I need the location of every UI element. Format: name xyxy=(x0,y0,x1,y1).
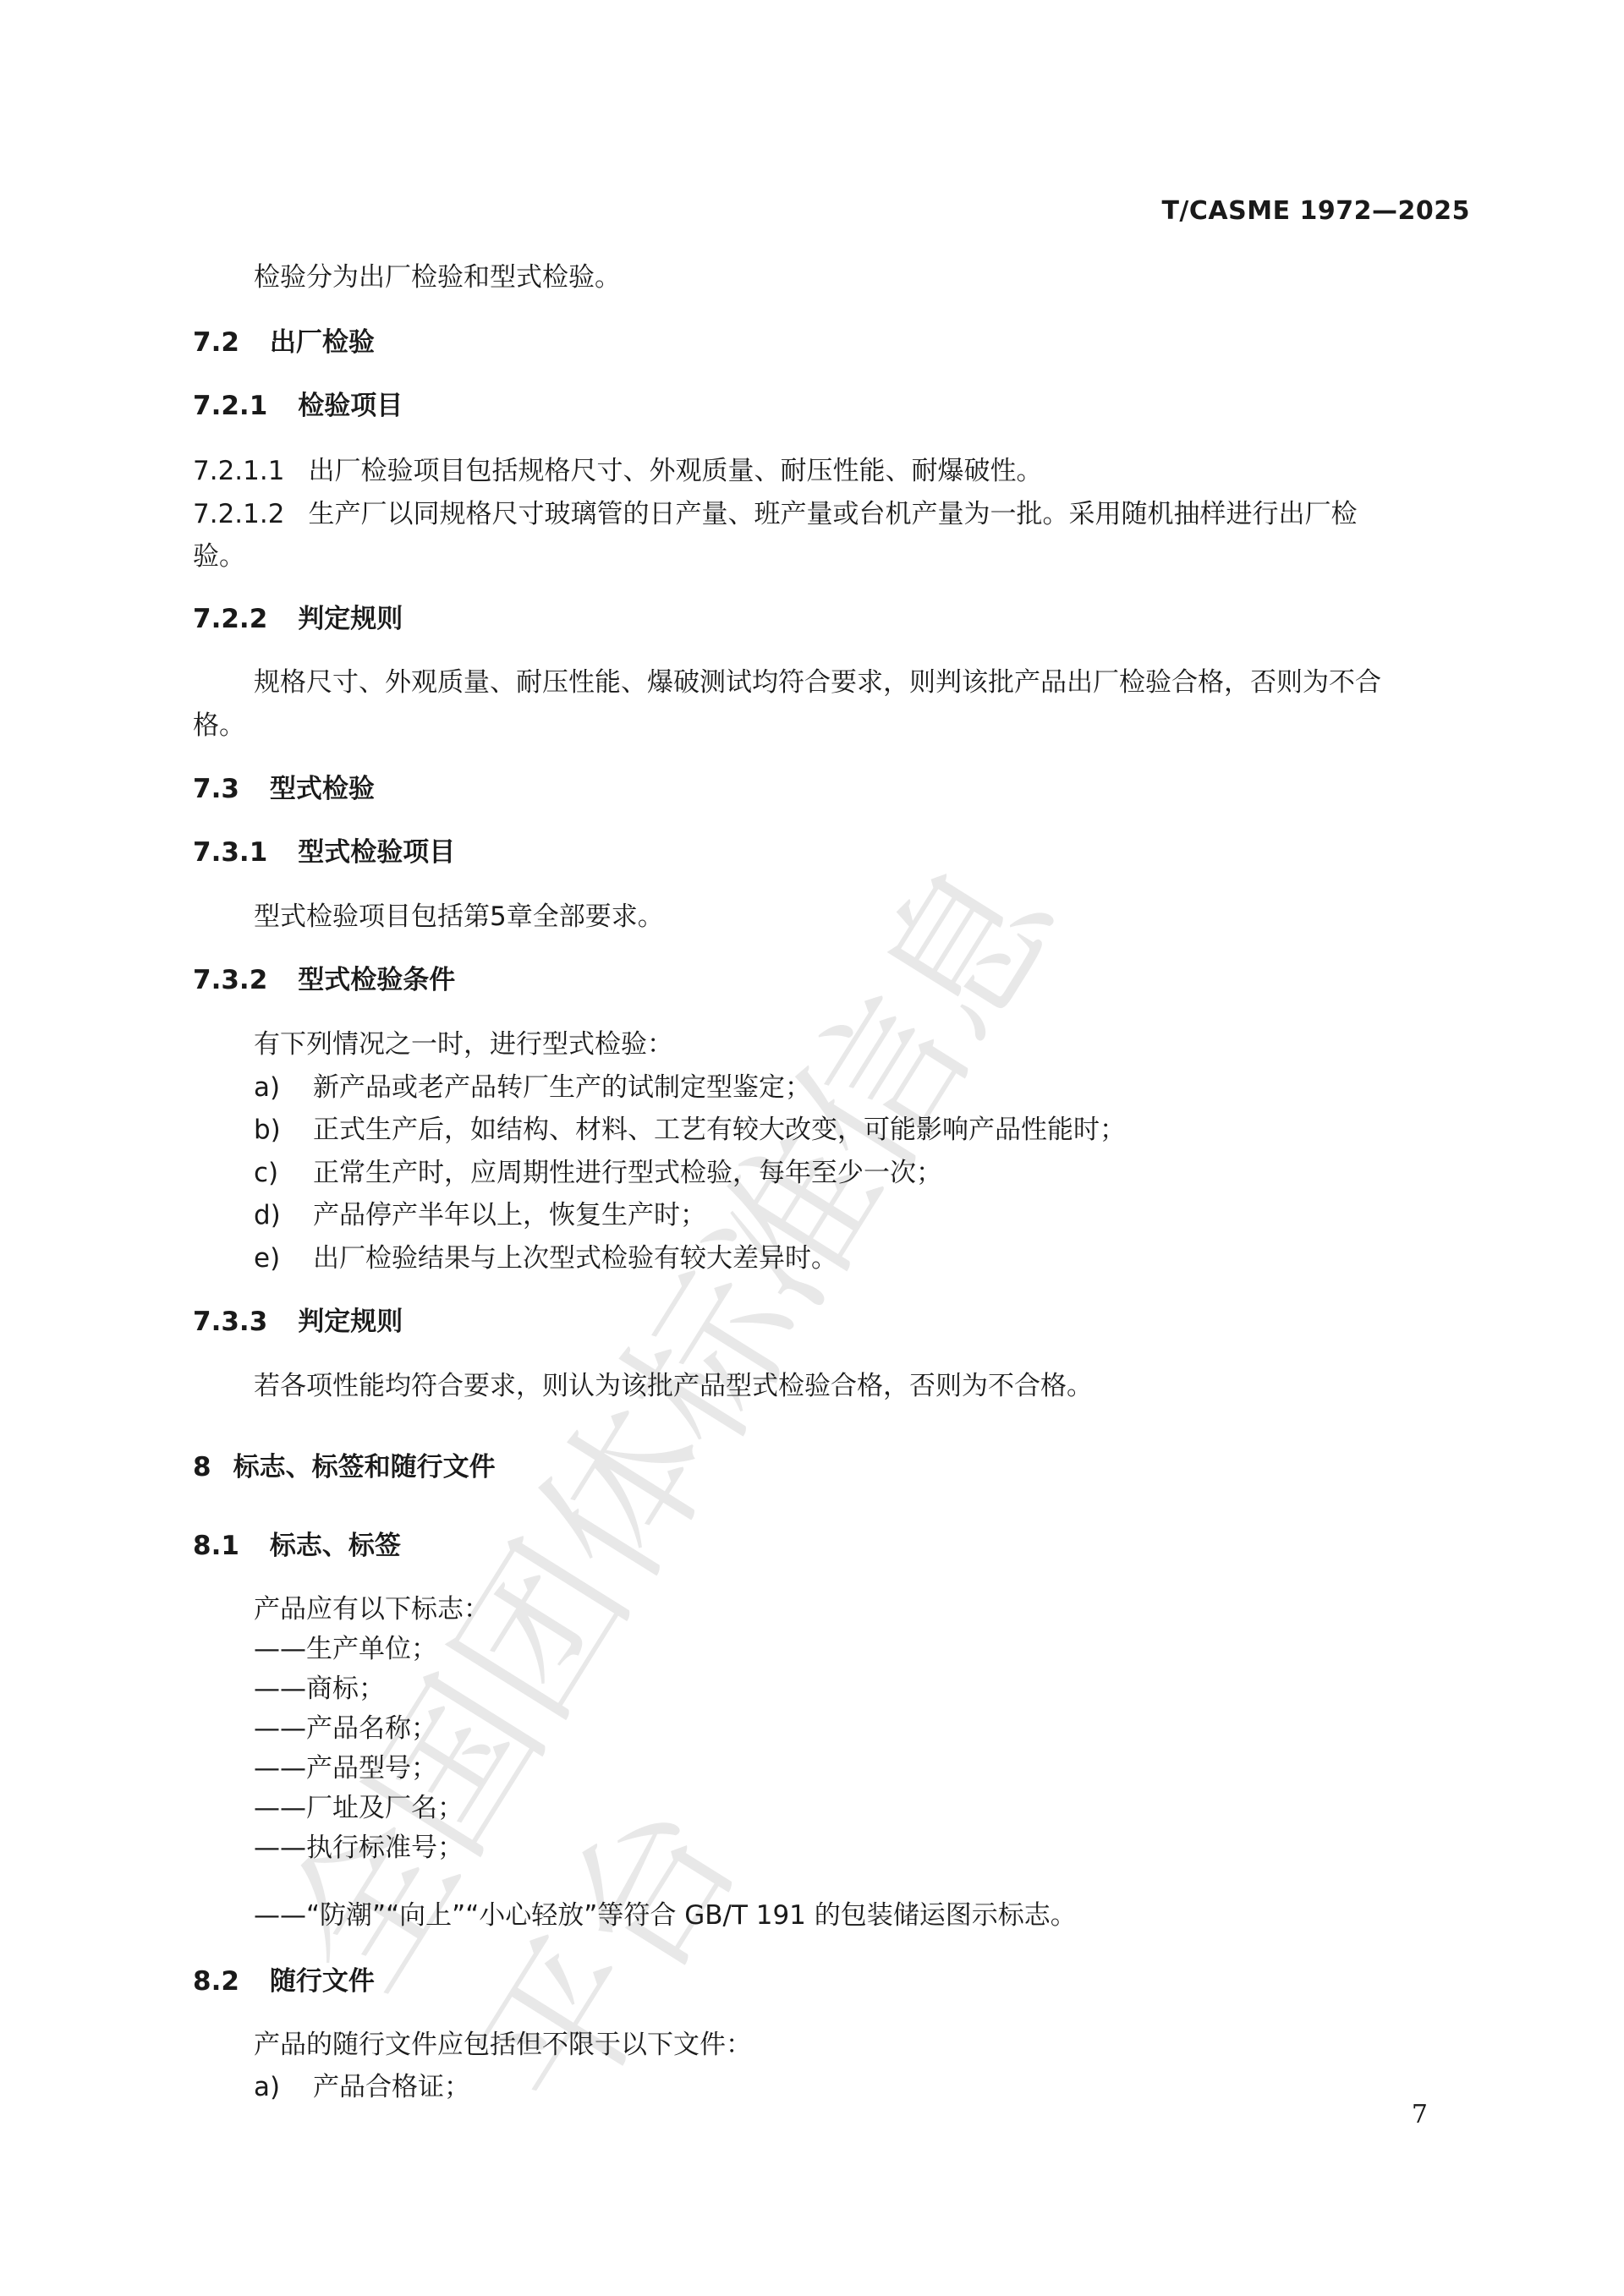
section-number: 7.3.3 xyxy=(193,1305,267,1339)
section-title: 检验项目 xyxy=(298,391,403,421)
list-text: 出厂检验结果与上次型式检验有较大差异时。 xyxy=(313,1243,837,1274)
paragraph-7-3-3: 若各项性能均符合要求，则认为该批产品型式检验合格，否则为不合格。 xyxy=(254,1369,1093,1403)
list-text: 正常生产时，应周期性进行型式检验，每年至少一次； xyxy=(313,1158,942,1188)
clause-number: 7.2.1.1 xyxy=(193,456,284,486)
list-marker: a) xyxy=(254,2070,313,2104)
section-number: 7.2.1 xyxy=(193,389,267,423)
mark-item: ——商标； xyxy=(254,1672,385,1706)
section-number: 7.3 xyxy=(193,772,239,806)
paragraph-7-3-1: 型式检验项目包括第5章全部要求。 xyxy=(254,900,664,934)
section-number: 8.1 xyxy=(193,1529,239,1563)
paragraph-7-3-2: 有下列情况之一时，进行型式检验： xyxy=(254,1027,673,1061)
heading-7-3: 7.3型式检验 xyxy=(193,772,375,806)
list-text: 新产品或老产品转厂生产的试制定型鉴定； xyxy=(313,1072,811,1103)
list-marker: a) xyxy=(254,1071,313,1104)
section-title: 出厂检验 xyxy=(270,327,375,358)
paragraph-8-2: 产品的随行文件应包括但不限于以下文件： xyxy=(254,2028,752,2062)
section-title: 判定规则 xyxy=(298,604,403,634)
section-number: 7.3.1 xyxy=(193,836,267,869)
section-title: 标志、标签 xyxy=(270,1531,401,1561)
clause-text: 出厂检验项目包括规格尺寸、外观质量、耐压性能、耐爆破性。 xyxy=(308,456,1042,486)
clause-7-2-1-2: 7.2.1.2生产厂以同规格尺寸玻璃管的日产量、班产量或台机产量为一批。采用随机… xyxy=(193,497,1357,531)
list-marker: d) xyxy=(254,1198,313,1232)
condition-item: a)新产品或老产品转厂生产的试制定型鉴定； xyxy=(254,1071,811,1104)
section-number: 8.2 xyxy=(193,1964,239,1998)
list-text: 产品停产半年以上，恢复生产时； xyxy=(313,1200,706,1230)
mark-item: ——产品名称； xyxy=(254,1712,437,1745)
section-number: 7.3.2 xyxy=(193,963,267,997)
heading-7-2-1: 7.2.1检验项目 xyxy=(193,389,403,423)
mark-item: ——“防潮”“向上”“小心轻放”等符合 GB/T 191 的包装储运图示标志。 xyxy=(254,1899,1077,1932)
clause-number: 7.2.1.2 xyxy=(193,499,284,529)
list-text: 产品合格证； xyxy=(313,2072,470,2102)
condition-item: d)产品停产半年以上，恢复生产时； xyxy=(254,1198,706,1232)
section-title: 型式检验项目 xyxy=(298,837,455,868)
heading-8-2: 8.2随行文件 xyxy=(193,1964,375,1998)
paragraph-7-2-2-line2: 格。 xyxy=(193,709,245,743)
heading-8: 8标志、标签和随行文件 xyxy=(193,1450,496,1484)
heading-7-2: 7.2出厂检验 xyxy=(193,326,375,359)
list-marker: e) xyxy=(254,1241,313,1275)
mark-item: ——生产单位； xyxy=(254,1632,437,1666)
heading-7-3-2: 7.3.2型式检验条件 xyxy=(193,963,455,997)
document-item: a)产品合格证； xyxy=(254,2070,470,2104)
condition-item: b)正式生产后，如结构、材料、工艺有较大改变，可能影响产品性能时； xyxy=(254,1113,1126,1147)
section-title: 随行文件 xyxy=(270,1966,375,1997)
standard-number: T/CASME 1972—2025 xyxy=(1161,196,1470,226)
section-title: 型式检验 xyxy=(270,774,375,804)
condition-item: c)正常生产时，应周期性进行型式检验，每年至少一次； xyxy=(254,1156,942,1190)
heading-8-1: 8.1标志、标签 xyxy=(193,1529,401,1563)
list-text: 正式生产后，如结构、材料、工艺有较大改变，可能影响产品性能时； xyxy=(313,1115,1126,1145)
clause-text: 生产厂以同规格尺寸玻璃管的日产量、班产量或台机产量为一批。采用随机抽样进行出厂检 xyxy=(308,499,1357,529)
chapter-number: 8 xyxy=(193,1450,211,1484)
condition-item: e)出厂检验结果与上次型式检验有较大差异时。 xyxy=(254,1241,837,1275)
document-page: 全国团体标准信息平台 T/CASME 1972—2025 检验分为出厂检验和型式… xyxy=(0,0,1624,2296)
chapter-title: 标志、标签和随行文件 xyxy=(233,1452,496,1482)
mark-item: ——产品型号； xyxy=(254,1751,437,1785)
heading-7-3-1: 7.3.1型式检验项目 xyxy=(193,836,455,869)
clause-7-2-1-2-continuation: 验。 xyxy=(193,540,245,573)
mark-item: ——厂址及厂名； xyxy=(254,1791,464,1825)
clause-7-2-1-1: 7.2.1.1出厂检验项目包括规格尺寸、外观质量、耐压性能、耐爆破性。 xyxy=(193,454,1042,488)
intro-paragraph: 检验分为出厂检验和型式检验。 xyxy=(254,260,621,294)
heading-7-2-2: 7.2.2判定规则 xyxy=(193,602,403,636)
section-number: 7.2.2 xyxy=(193,602,267,636)
page-number: 7 xyxy=(1412,2100,1428,2129)
list-marker: c) xyxy=(254,1156,313,1190)
section-title: 型式检验条件 xyxy=(298,965,455,995)
section-title: 判定规则 xyxy=(298,1307,403,1337)
paragraph-7-2-2-line1: 规格尺寸、外观质量、耐压性能、爆破测试均符合要求，则判该批产品出厂检验合格，否则… xyxy=(254,666,1381,699)
list-marker: b) xyxy=(254,1113,313,1147)
mark-item: ——执行标准号； xyxy=(254,1831,464,1865)
paragraph-8-1: 产品应有以下标志： xyxy=(254,1592,490,1626)
section-number: 7.2 xyxy=(193,326,239,359)
heading-7-3-3: 7.3.3判定规则 xyxy=(193,1305,403,1339)
